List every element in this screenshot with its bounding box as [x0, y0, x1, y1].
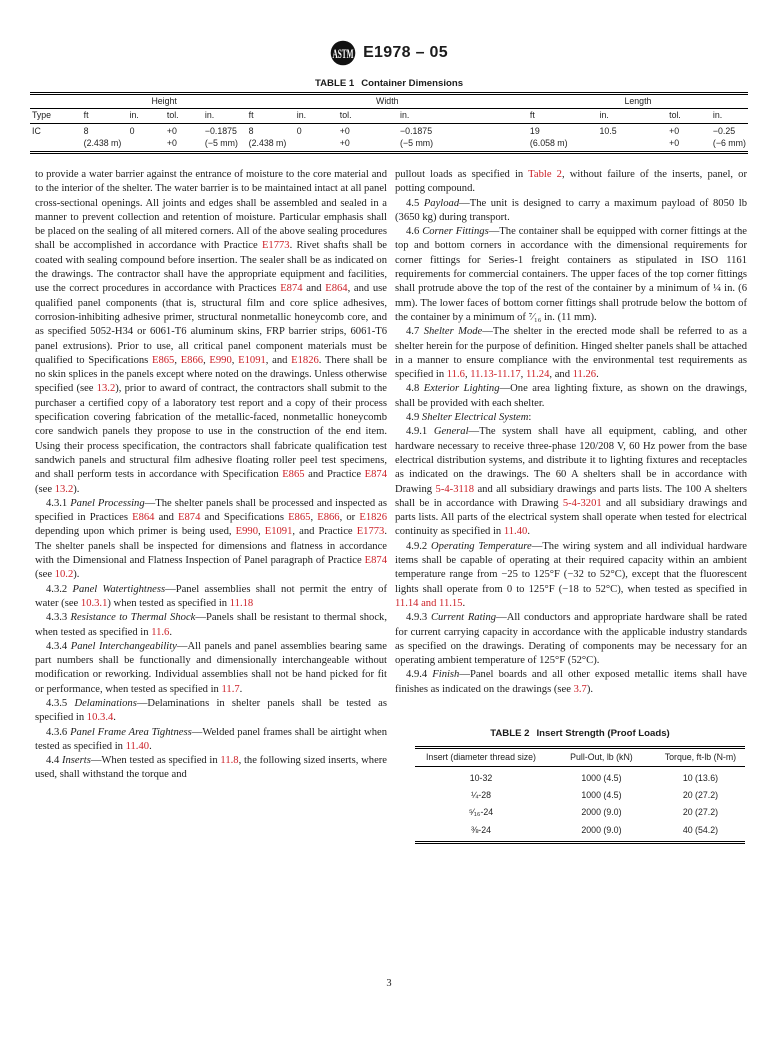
text-segment: . [527, 526, 530, 537]
column-group-header: Height [82, 94, 247, 109]
text-segment: , and [549, 369, 572, 380]
ref-link[interactable]: 13.2 [55, 484, 74, 495]
column-header: tol. [667, 109, 711, 124]
cell: +0 [165, 124, 203, 138]
ref-link[interactable]: 11.6 [447, 369, 465, 380]
paragraph: 4.7 Shelter Mode—The shelter in the erec… [395, 325, 747, 382]
column-header: in. [128, 109, 165, 124]
cell: +0 [667, 124, 711, 138]
ref-link[interactable]: E1773 [262, 240, 290, 251]
document-designation: E1978 – 05 [363, 44, 448, 62]
cell: ⅜-24 [415, 821, 547, 842]
cell: ⁵⁄₁₆-24 [415, 804, 547, 821]
text-segment: ). [73, 569, 79, 580]
cell: 10-32 [415, 766, 547, 786]
text-segment: 4.3.2 [46, 584, 73, 595]
document-page: ASTM E1978 – 05 TABLE 1Container Dimensi… [0, 0, 778, 1041]
cell: 1000 (4.5) [547, 787, 656, 804]
text-segment: pullout loads as specified in [395, 169, 528, 180]
cell [30, 137, 82, 153]
text-segment: . [462, 598, 465, 609]
text-segment: : [528, 412, 531, 423]
table1-title: TABLE 1Container Dimensions [0, 78, 778, 89]
text-segment: and [303, 283, 326, 294]
cell: ¼-28 [415, 787, 547, 804]
term-italic: Panel Watertightness [73, 584, 166, 595]
cell: (6.058 m) [528, 137, 598, 153]
cell: 1000 (4.5) [547, 766, 656, 786]
column-header: Pull-Out, lb (kN) [547, 748, 656, 767]
text-segment: . [149, 741, 152, 752]
ref-link[interactable]: E1826 [359, 512, 387, 523]
cell: −0.1875 [398, 124, 528, 138]
paragraph: 4.3.3 Resistance to Thermal Shock—Panels… [35, 611, 387, 640]
term-italic: Operating Temperature [431, 541, 532, 552]
cell: +0 [338, 137, 398, 153]
ref-link[interactable]: E1826 [291, 355, 319, 366]
ref-link[interactable]: E874 [280, 283, 302, 294]
cell [295, 137, 338, 153]
cell: 8 [247, 124, 295, 138]
text-segment: —The container shall be equipped with co… [395, 226, 747, 323]
column-group-header: Length [528, 94, 748, 109]
term-italic: Finish [432, 669, 459, 680]
ref-link[interactable]: Table 2 [528, 169, 562, 180]
text-segment: —When tested as specified in [91, 755, 221, 766]
ref-link[interactable]: 11.6 [151, 627, 169, 638]
column-header: in. [203, 109, 247, 124]
column-header: tol. [338, 109, 398, 124]
ref-link[interactable]: E874 [365, 555, 387, 566]
paragraph: 4.3.1 Panel Processing—The shelter panel… [35, 497, 387, 583]
paragraph: 4.3.2 Panel Watertightness—Panel assembl… [35, 583, 387, 612]
term-italic: Exterior Lighting [424, 383, 500, 394]
ref-link[interactable]: 3.7 [574, 684, 587, 695]
cell: 0 [128, 124, 165, 138]
cell: −0.1875 [203, 124, 247, 138]
ref-link[interactable]: E1091 [238, 355, 266, 366]
term-italic: Payload [424, 198, 459, 209]
ref-link[interactable]: 11.18 [230, 598, 253, 609]
ref-link[interactable]: 11.26 [573, 369, 596, 380]
term-italic: Corner Fittings [422, 226, 489, 237]
column-header: in. [295, 109, 338, 124]
column-header: ft [247, 109, 295, 124]
text-segment: (see [35, 569, 55, 580]
column-group-header: Width [247, 94, 528, 109]
table-row: IC80+0−0.187580+0−0.18751910.5+0−0.25 [30, 124, 748, 138]
text-segment: , and use qualified panel components (th… [35, 283, 387, 365]
paragraph: 4.9.4 Finish—Panel boards and all other … [395, 668, 747, 697]
text-segment: depending upon which primer is being use… [35, 526, 236, 537]
text-segment: 4.3.3 [46, 612, 71, 623]
insert-strength-table: Insert (diameter thread size)Pull-Out, l… [415, 746, 745, 844]
ref-link[interactable]: 11.24 [526, 369, 549, 380]
paragraph: 4.3.5 Delaminations—Delaminations in she… [35, 697, 387, 726]
table-row: ¼-281000 (4.5)20 (27.2) [415, 787, 745, 804]
table-row: 10-321000 (4.5)10 (13.6) [415, 766, 745, 786]
cell [128, 137, 165, 153]
ref-link[interactable]: E990 [236, 526, 258, 537]
column-header: tol. [165, 109, 203, 124]
ref-link[interactable]: E864 [132, 512, 154, 523]
cell: 20 (27.2) [656, 804, 745, 821]
column-header: Insert (diameter thread size) [415, 748, 547, 767]
paragraph: 4.8 Exterior Lighting—One area lighting … [395, 382, 747, 411]
text-segment: and [154, 512, 178, 523]
column-group-header [30, 94, 82, 109]
body-right-column: pullout loads as specified in Table 2, w… [395, 168, 747, 844]
cell: +0 [667, 137, 711, 153]
column-header: ft [82, 109, 128, 124]
ref-link[interactable]: 11.40 [126, 741, 149, 752]
text-segment: ), prior to award of contract, the contr… [35, 383, 387, 480]
paragraph: pullout loads as specified in Table 2, w… [395, 168, 747, 197]
term-italic: Shelter Electrical System [422, 412, 529, 423]
cell: (−5 mm) [398, 137, 528, 153]
text-segment: and Specifications [200, 512, 288, 523]
ref-link[interactable]: E864 [325, 283, 347, 294]
table2-title-text: Insert Strength (Proof Loads) [537, 728, 670, 739]
cell: (2.438 m) [247, 137, 295, 153]
term-italic: Panel Processing [70, 498, 144, 509]
body-columns: to provide a water barrier against the e… [35, 168, 747, 844]
text-segment: . [596, 369, 599, 380]
paragraph: 4.9.1 General—The system shall have all … [395, 425, 747, 539]
text-segment: 4.9.1 [406, 426, 434, 437]
ref-link[interactable]: E990 [209, 355, 231, 366]
text-segment: , and [266, 355, 291, 366]
term-italic: Inserts [62, 755, 91, 766]
cell: IC [30, 124, 82, 138]
column-header: ft [528, 109, 598, 124]
term-italic: Shelter Mode [424, 326, 483, 337]
cell: −0.25 [711, 124, 748, 138]
table-row: ⁵⁄₁₆-242000 (9.0)20 (27.2) [415, 804, 745, 821]
ref-link[interactable]: E1773 [357, 526, 385, 537]
text-segment: 4.3.1 [46, 498, 70, 509]
ref-link[interactable]: 5-4-3118 [436, 484, 474, 495]
cell: +0 [338, 124, 398, 138]
ref-link[interactable]: E866 [181, 355, 203, 366]
cell: (−6 mm) [711, 137, 748, 153]
ref-link[interactable]: 10.3.4 [87, 712, 113, 723]
paragraph: 4.4 Inserts—When tested as specified in … [35, 754, 387, 783]
text-segment: ). [587, 684, 593, 695]
paragraph: 4.9 Shelter Electrical System: [395, 411, 747, 425]
cell: 0 [295, 124, 338, 138]
container-dimensions-table: HeightWidthLengthTypeftin.tol.in.ftin.to… [30, 92, 748, 154]
table1-title-text: Container Dimensions [361, 78, 463, 89]
page-header: ASTM E1978 – 05 [0, 40, 778, 66]
column-header: in. [598, 109, 668, 124]
column-header: Torque, ft-lb (N-m) [656, 748, 745, 767]
cell: 20 (27.2) [656, 787, 745, 804]
ref-link[interactable]: 13.2 [97, 383, 116, 394]
paragraph: 4.3.4 Panel Interchangeability—All panel… [35, 640, 387, 697]
ref-link[interactable]: E865 [152, 355, 174, 366]
ref-link[interactable]: 11.7 [222, 684, 240, 695]
text-segment: , or [340, 512, 360, 523]
text-segment: and Practice [305, 469, 365, 480]
cell: (−5 mm) [203, 137, 247, 153]
text-segment: 4.5 [406, 198, 424, 209]
term-italic: Current Rating [431, 612, 496, 623]
ref-link[interactable]: 5-4-3201 [563, 498, 602, 509]
paragraph: 4.9.3 Current Rating—All conductors and … [395, 611, 747, 668]
cell: 19 [528, 124, 598, 138]
paragraph: 4.3.6 Panel Frame Area Tightness—Welded … [35, 726, 387, 755]
text-segment: . [169, 627, 172, 638]
svg-text:ASTM: ASTM [333, 47, 354, 61]
column-header: Type [30, 109, 82, 124]
ref-link[interactable]: E866 [317, 512, 339, 523]
ref-link[interactable]: E1091 [265, 526, 293, 537]
text-segment: (see [35, 484, 55, 495]
term-italic: Panel Interchangeability [71, 641, 177, 652]
text-segment: ). [73, 484, 79, 495]
column-header: in. [711, 109, 748, 124]
astm-logo: ASTM [330, 40, 356, 66]
table2-label: TABLE 2 [490, 728, 529, 739]
term-italic: Resistance to Thermal Shock [71, 612, 196, 623]
page-number: 3 [0, 978, 778, 989]
paragraph: to provide a water barrier against the e… [35, 168, 387, 497]
ref-link[interactable]: E865 [288, 512, 310, 523]
ref-link[interactable]: 11.40 [504, 526, 527, 537]
paragraph: 4.5 Payload—The unit is designed to carr… [395, 197, 747, 226]
text-segment: , and Practice [292, 526, 356, 537]
term-italic: General [434, 426, 469, 437]
text-segment: 4.3.6 [46, 727, 70, 738]
cell: 2000 (9.0) [547, 821, 656, 842]
cell [598, 137, 668, 153]
text-segment: . [113, 712, 116, 723]
term-italic: Panel Frame Area Tightness [70, 727, 192, 738]
table-row: (2.438 m)+0(−5 mm)(2.438 m)+0(−5 mm)(6.0… [30, 137, 748, 153]
text-segment: 4.7 [406, 326, 424, 337]
ref-link[interactable]: E874 [178, 512, 200, 523]
text-segment: 4.8 [406, 383, 424, 394]
text-segment: 4.4 [46, 755, 62, 766]
ref-link[interactable]: 10.2 [55, 569, 74, 580]
text-segment: . [240, 684, 243, 695]
text-segment: 4.9 [406, 412, 422, 423]
text-segment: , [258, 526, 265, 537]
cell: 10.5 [598, 124, 668, 138]
body-left-column: to provide a water barrier against the e… [35, 168, 387, 844]
term-italic: Delaminations [74, 698, 136, 709]
ref-link[interactable]: 11.13-11.17 [470, 369, 520, 380]
table2-block: TABLE 2Insert Strength (Proof Loads) Ins… [415, 727, 745, 844]
cell: +0 [165, 137, 203, 153]
table-row: ⅜-242000 (9.0)40 (54.2) [415, 821, 745, 842]
ref-link[interactable]: 10.3.1 [81, 598, 107, 609]
text-segment: ) when tested as specified in [107, 598, 229, 609]
cell: 8 [82, 124, 128, 138]
text-segment: 4.9.3 [406, 612, 431, 623]
column-header: in. [398, 109, 528, 124]
paragraph: 4.9.2 Operating Temperature—The wiring s… [395, 540, 747, 611]
ref-link[interactable]: E874 [365, 469, 387, 480]
cell: 2000 (9.0) [547, 804, 656, 821]
cell: 10 (13.6) [656, 766, 745, 786]
ref-link[interactable]: 11.8 [220, 755, 238, 766]
text-segment: 4.9.4 [406, 669, 432, 680]
text-segment: 4.3.4 [46, 641, 71, 652]
table1-label: TABLE 1 [315, 78, 354, 89]
text-segment: 4.9.2 [406, 541, 431, 552]
table2-title: TABLE 2Insert Strength (Proof Loads) [415, 727, 745, 741]
cell: (2.438 m) [82, 137, 128, 153]
paragraph: 4.6 Corner Fittings—The container shall … [395, 225, 747, 325]
ref-link[interactable]: E865 [282, 469, 304, 480]
text-segment: 4.6 [406, 226, 422, 237]
ref-link[interactable]: 11.14 and 11.15 [395, 598, 462, 609]
text-segment: 4.3.5 [46, 698, 74, 709]
cell: 40 (54.2) [656, 821, 745, 842]
